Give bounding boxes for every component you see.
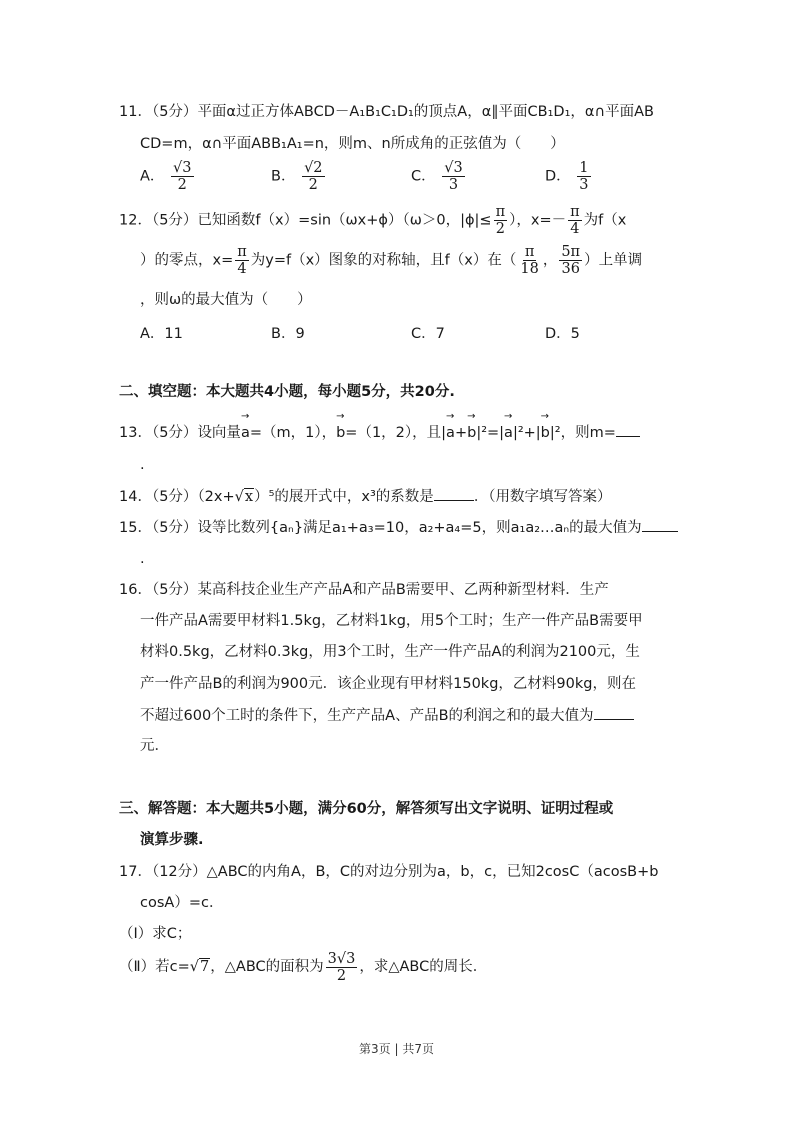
question-text: 设向量 [197, 425, 241, 441]
question-text: |²+| [513, 425, 541, 441]
question-text: ， [543, 253, 558, 269]
question-17-line-1: 17．（12分）△ABC的内角A，B，C的对边分别为a，b，c，已知2cosC（… [119, 862, 658, 882]
denominator: 4 [235, 261, 248, 277]
option-label: D． [545, 326, 571, 342]
question-12-line-3: ，则ω的最大值为（ ） [140, 290, 312, 310]
option-c: C．7 [411, 322, 445, 343]
question-number: 17． [119, 864, 152, 880]
section-heading-solution-line-1: 三、解答题：本大题共5小题，满分60分，解答须写出文字说明、证明过程或 [119, 799, 613, 819]
answer-blank [594, 705, 634, 720]
question-text: （Ⅱ）若c= [119, 959, 190, 975]
question-13-line-1: 13．（5分）设向量a=（m，1），b=（1，2），且|a+b|²=|a|²+|… [119, 422, 640, 443]
denominator: 36 [559, 261, 581, 277]
option-fraction: √33 [442, 160, 464, 193]
question-14: 14．（5分）（2x+√x）⁵的展开式中，x³的系数是．（用数字填写答案） [119, 486, 612, 507]
question-17-part-2: （Ⅱ）若c=√7，△ABC的面积为3√32，求△ABC的周长． [119, 950, 487, 984]
question-number: 11． [119, 104, 152, 120]
option-b: B． √22 [271, 160, 327, 193]
page-footer: 第3页 | 共7页 [0, 1040, 793, 1057]
vector-a: a [241, 423, 250, 443]
question-16-line-2: 一件产品A需要甲材料1.5kg，乙材料1kg，用5个工时；生产一件产品B需要甲 [140, 611, 643, 631]
fraction-pi-2: π2 [494, 204, 508, 237]
question-text: 已知函数f（x）=sin（ωx+ϕ）（ω＞0，|ϕ|≤ [197, 213, 491, 229]
radicand: 7 [199, 958, 210, 975]
question-text: （2x+ [197, 489, 234, 505]
question-number: 16． [119, 582, 152, 598]
question-text: ）⁵的展开式中，x³的系数是 [254, 489, 434, 505]
question-text: 不超过600个工时的条件下，生产产品A、产品B的利润之和的最大值为 [140, 708, 594, 724]
question-text: ）的零点，x= [140, 253, 233, 269]
sqrt-expression: √7 [190, 958, 210, 975]
denominator: 3 [577, 177, 590, 193]
vector-a: a [504, 423, 513, 443]
question-text: 设等比数列{aₙ}满足a₁+a₃=10，a₂+a₄=5，则a₁a₂…aₙ的最大值… [197, 520, 641, 536]
question-text: ．（用数字填写答案） [474, 489, 612, 505]
question-12-line-2: ）的零点，x=π4为y=f（x）图象的对称轴，且f（x）在（π18，5π36）上… [140, 244, 642, 277]
option-label: A． [140, 326, 164, 342]
section-heading-fill-in: 二、填空题：本大题共4小题，每小题5分，共20分. [119, 382, 455, 402]
question-text: 某高科技企业生产产品A和产品B需要甲、乙两种新型材料．生产 [197, 582, 608, 598]
option-label: B． [271, 326, 295, 342]
option-c: C． √33 [411, 160, 467, 193]
question-text: ，求△ABC的周长． [359, 959, 487, 975]
numerator: 5π [559, 244, 582, 261]
numerator: √3 [442, 160, 464, 177]
answer-blank [434, 486, 474, 501]
option-a: A． √32 [140, 160, 196, 193]
option-fraction: √32 [171, 160, 193, 193]
option-value: 7 [436, 326, 445, 342]
option-value: 9 [295, 326, 304, 342]
denominator: 2 [494, 221, 507, 237]
question-15-line-2: . [140, 549, 145, 569]
question-text: △ABC的内角A，B，C的对边分别为a，b，c，已知2cosC（acosB+b [207, 864, 659, 880]
section-heading-solution-line-2: 演算步骤. [140, 830, 204, 850]
question-16-line-4: 产一件产品B的利润为900元．该企业现有甲材料150kg，乙材料90kg，则在 [140, 674, 636, 694]
question-score: （5分） [152, 520, 197, 536]
question-text: 为f（x [584, 213, 627, 229]
option-d: D．5 [545, 322, 580, 343]
question-text: 平面α过正方体ABCD－A₁B₁C₁D₁的顶点A，α∥平面CB₁D₁，α∩平面A… [197, 104, 654, 120]
question-text: |²，则m= [550, 425, 616, 441]
question-text: CD=m，α∩平面ABB₁A₁=n，则m、n所成角的正弦值为（ ） [140, 136, 565, 152]
question-17-line-2: cosA）=c． [140, 893, 223, 913]
fraction-pi-4: π4 [568, 204, 582, 237]
vector-b: b [336, 423, 345, 443]
question-score: （12分） [152, 864, 207, 880]
option-value: 5 [571, 326, 580, 342]
fraction-pi-18: π18 [518, 244, 540, 277]
question-number: 13． [119, 425, 152, 441]
question-score: （5分） [152, 582, 197, 598]
option-fraction: √22 [302, 160, 324, 193]
question-number: 12． [119, 213, 152, 229]
numerator: √2 [302, 160, 324, 177]
answer-blank [642, 517, 678, 532]
option-b: B．9 [271, 322, 305, 343]
numerator: π [235, 244, 249, 261]
vector-b: b [467, 423, 476, 443]
question-text: + [455, 425, 467, 441]
question-score: （5分） [152, 489, 197, 505]
question-16-line-5: 不超过600个工时的条件下，生产产品A、产品B的利润之和的最大值为 [140, 705, 634, 726]
question-number: 14． [119, 489, 152, 505]
fraction-pi-4: π4 [235, 244, 249, 277]
option-fraction: 13 [577, 160, 590, 193]
question-text: ），x=－ [509, 213, 566, 229]
question-score: （5分） [152, 425, 197, 441]
question-16-line-1: 16．（5分）某高科技企业生产产品A和产品B需要甲、乙两种新型材料．生产 [119, 580, 609, 600]
option-d: D． 13 [545, 160, 593, 193]
denominator: 3 [447, 177, 460, 193]
denominator: 18 [518, 261, 540, 277]
denominator: 2 [335, 968, 348, 984]
sqrt-expression: √x [235, 488, 254, 505]
numerator: π [568, 204, 582, 221]
numerator: √3 [171, 160, 193, 177]
question-15-line-1: 15．（5分）设等比数列{aₙ}满足a₁+a₃=10，a₂+a₄=5，则a₁a₂… [119, 517, 678, 538]
vector-b: b [541, 423, 550, 443]
question-text: =（m，1）， [250, 425, 336, 441]
question-17-part-1: （Ⅰ）求C； [119, 924, 191, 944]
question-number: 15． [119, 520, 152, 536]
question-score: （5分） [152, 104, 197, 120]
numerator: π [523, 244, 537, 261]
question-16-line-3: 材料0.5kg，乙材料0.3kg，用3个工时，生产一件产品A的利润为2100元，… [140, 642, 640, 662]
question-12-line-1: 12．（5分）已知函数f（x）=sin（ωx+ϕ）（ω＞0，|ϕ|≤π2），x=… [119, 204, 626, 237]
option-a: A．11 [140, 322, 183, 343]
option-value: 11 [164, 326, 182, 342]
radicand: x [244, 488, 254, 505]
option-label: D． [545, 169, 571, 185]
question-text: ）上单调 [584, 253, 642, 269]
fraction-5pi-36: 5π36 [559, 244, 582, 277]
option-label: B． [271, 169, 295, 185]
option-label: A． [140, 169, 164, 185]
option-label: C． [411, 326, 436, 342]
question-13-line-2: . [140, 455, 145, 475]
denominator: 4 [568, 221, 581, 237]
numerator: 1 [577, 160, 590, 177]
question-text: ，则ω的最大值为（ ） [140, 292, 312, 308]
vector-a: a [446, 423, 455, 443]
denominator: 2 [307, 177, 320, 193]
denominator: 2 [176, 177, 189, 193]
question-text: =（1，2），且| [345, 425, 446, 441]
question-text: |²=| [476, 425, 504, 441]
fraction-area: 3√32 [326, 951, 358, 984]
question-score: （5分） [152, 213, 197, 229]
answer-blank [616, 422, 640, 437]
option-label: C． [411, 169, 436, 185]
question-11-line-2: CD=m，α∩平面ABB₁A₁=n，则m、n所成角的正弦值为（ ） [140, 134, 565, 154]
numerator: 3√3 [326, 951, 358, 968]
question-11-line-1: 11．（5分）平面α过正方体ABCD－A₁B₁C₁D₁的顶点A，α∥平面CB₁D… [119, 102, 654, 122]
numerator: π [494, 204, 508, 221]
question-text: ，△ABC的面积为 [210, 959, 323, 975]
question-text: 为y=f（x）图象的对称轴，且f（x）在（ [251, 253, 517, 269]
question-16-line-6: 元． [140, 736, 169, 756]
